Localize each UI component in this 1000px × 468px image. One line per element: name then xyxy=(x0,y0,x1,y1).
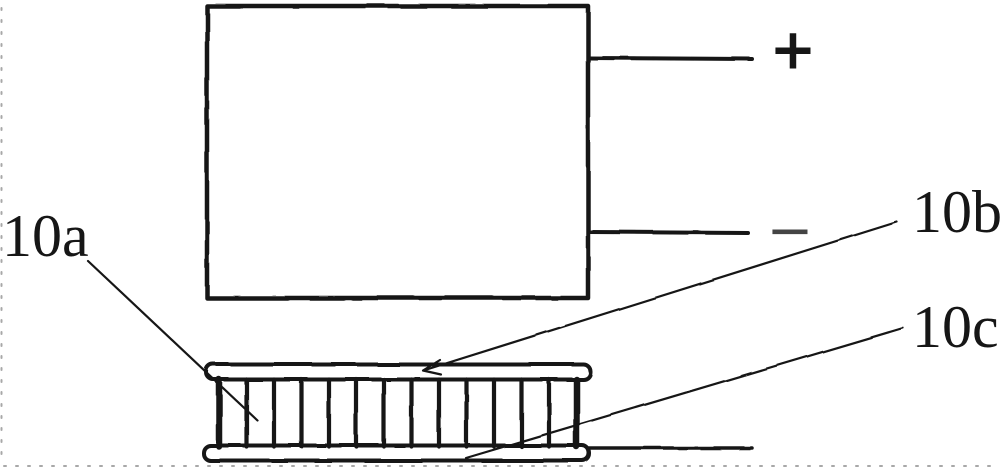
leader-line-10c xyxy=(466,328,903,458)
plus-sign: + xyxy=(770,18,817,83)
label-10a: 10a xyxy=(2,203,89,269)
negative-lead-line xyxy=(588,232,748,233)
device-box xyxy=(207,6,588,298)
minus-sign: − xyxy=(767,199,814,264)
figure-canvas: 10a 10b 10c + − xyxy=(0,0,1000,468)
module-top-plate xyxy=(207,365,591,380)
label-10b: 10b xyxy=(912,179,1000,245)
label-10c: 10c xyxy=(912,294,999,360)
module-bottom-plate xyxy=(204,446,590,461)
patent-figure: 10a 10b 10c + − xyxy=(0,0,1000,468)
module-pillars xyxy=(219,380,577,447)
positive-lead-line xyxy=(588,58,752,59)
